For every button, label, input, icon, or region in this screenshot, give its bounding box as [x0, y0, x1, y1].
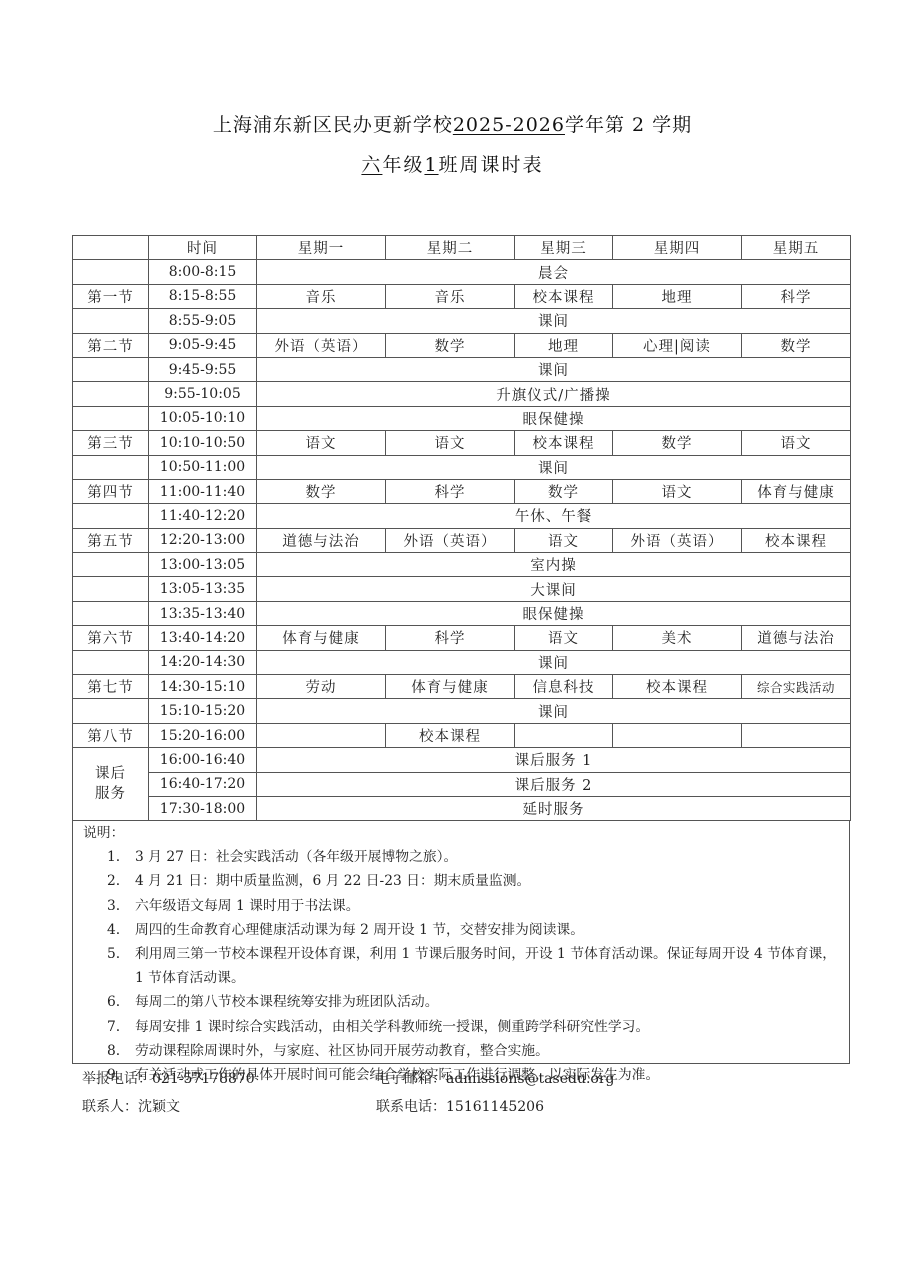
class-cell: 语文: [257, 431, 386, 455]
time-cell: 17:30-18:00: [149, 796, 257, 820]
grade-label: 年级: [382, 154, 424, 176]
period-cell: [73, 260, 149, 284]
class-cell: 校本课程: [386, 723, 515, 747]
note-item: 2.4 月 21 日：期中质量监测，6 月 22 日-23 日：期末质量监测。: [73, 869, 849, 893]
period-cell: 第二节: [73, 333, 149, 357]
period-cell: [73, 577, 149, 601]
after-school-label: 课后 服务: [73, 748, 149, 821]
class-cell: 数学: [386, 333, 515, 357]
note-number: 3.: [107, 894, 120, 918]
class-cell: 地理: [515, 333, 613, 357]
time-cell: 10:05-10:10: [149, 406, 257, 430]
period-cell: [73, 406, 149, 430]
note-text: 六年级语文每周 1 课时用于书法课。: [135, 898, 360, 914]
time-cell: 8:55-9:05: [149, 309, 257, 333]
class-cell: [515, 723, 613, 747]
period-cell: 第一节: [73, 284, 149, 308]
report-phone: 举报电话：021-57178870: [82, 1071, 255, 1087]
span-cell: 升旗仪式/广播操: [257, 382, 851, 406]
document-title: 上海浦东新区民办更新学校2025-2026学年第 2 学期: [0, 110, 905, 137]
class-cell: 体育与健康: [257, 626, 386, 650]
period-cell: 第三节: [73, 431, 149, 455]
time-cell: 11:40-12:20: [149, 504, 257, 528]
class-cell: 地理: [613, 284, 742, 308]
column-header: [73, 236, 149, 260]
time-cell: 13:05-13:35: [149, 577, 257, 601]
class-cell: 数学: [257, 479, 386, 503]
period-cell: 第八节: [73, 723, 149, 747]
table-row: 10:50-11:00 课间: [73, 455, 851, 479]
class-cell: 体育与健康: [386, 675, 515, 699]
period-cell: [73, 455, 149, 479]
subtitle-suffix: 班周课时表: [439, 154, 544, 176]
time-cell: 13:40-14:20: [149, 626, 257, 650]
time-cell: 16:00-16:40: [149, 748, 257, 772]
time-cell: 16:40-17:20: [149, 772, 257, 796]
class-cell: 音乐: [257, 284, 386, 308]
period-cell: 第七节: [73, 675, 149, 699]
class-cell: 数学: [613, 431, 742, 455]
note-number: 6.: [107, 990, 120, 1014]
table-row: 17:30-18:00 延时服务: [73, 796, 851, 820]
class-cell: [742, 723, 851, 747]
table-header-row: 时间 星期一 星期二 星期三 星期四 星期五: [73, 236, 851, 260]
class-cell: 美术: [613, 626, 742, 650]
period-cell: 第六节: [73, 626, 149, 650]
span-cell: 大课间: [257, 577, 851, 601]
table-row: 10:05-10:10 眼保健操: [73, 406, 851, 430]
note-number: 8.: [107, 1039, 120, 1063]
table-row: 第七节 14:30-15:10 劳动 体育与健康 信息科技 校本课程 综合实践活…: [73, 675, 851, 699]
period-cell: [73, 504, 149, 528]
table-row: 8:55-9:05 课间: [73, 309, 851, 333]
note-text: 周四的生命教育心理健康活动课为每 2 周开设 1 节，交替安排为阅读课。: [135, 922, 584, 938]
class-cell: 音乐: [386, 284, 515, 308]
class-cell: 语文: [386, 431, 515, 455]
span-cell: 延时服务: [257, 796, 851, 820]
note-text: 4 月 21 日：期中质量监测，6 月 22 日-23 日：期末质量监测。: [135, 873, 530, 889]
period-cell: 第四节: [73, 479, 149, 503]
time-cell: 9:45-9:55: [149, 357, 257, 381]
table-row: 第二节 9:05-9:45 外语（英语） 数学 地理 心理|阅读 数学: [73, 333, 851, 357]
note-number: 4.: [107, 918, 120, 942]
column-header-thursday: 星期四: [613, 236, 742, 260]
document-subtitle: 六年级1班周课时表: [0, 150, 905, 177]
period-cell: [73, 699, 149, 723]
class-cell: [257, 723, 386, 747]
note-text: 劳动课程除周课时外，与家庭、社区协同开展劳动教育，整合实施。: [135, 1043, 549, 1059]
table-row: 第八节 15:20-16:00 校本课程: [73, 723, 851, 747]
time-cell: 13:35-13:40: [149, 601, 257, 625]
note-item: 5.利用周三第一节校本课程开设体育课，利用 1 节课后服务时间，开设 1 节体育…: [73, 942, 849, 990]
time-cell: 10:50-11:00: [149, 455, 257, 479]
period-cell: [73, 650, 149, 674]
column-header-friday: 星期五: [742, 236, 851, 260]
table-row: 16:40-17:20 课后服务 2: [73, 772, 851, 796]
class-cell: 数学: [742, 333, 851, 357]
note-item: 3.六年级语文每周 1 课时用于书法课。: [73, 894, 849, 918]
class-number: 1: [424, 154, 438, 176]
note-number: 5.: [107, 942, 120, 966]
column-header-monday: 星期一: [257, 236, 386, 260]
class-cell: 体育与健康: [742, 479, 851, 503]
span-cell: 课间: [257, 309, 851, 333]
time-cell: 12:20-13:00: [149, 528, 257, 552]
class-cell: 综合实践活动: [742, 675, 851, 699]
span-cell: 眼保健操: [257, 601, 851, 625]
table-row: 15:10-15:20 课间: [73, 699, 851, 723]
class-cell: 校本课程: [742, 528, 851, 552]
span-cell: 课间: [257, 357, 851, 381]
column-header-wednesday: 星期三: [515, 236, 613, 260]
table-row: 第六节 13:40-14:20 体育与健康 科学 语文 美术 道德与法治: [73, 626, 851, 650]
class-cell: 道德与法治: [257, 528, 386, 552]
class-cell: 语文: [515, 528, 613, 552]
table-row: 8:00-8:15 晨会: [73, 260, 851, 284]
time-cell: 8:00-8:15: [149, 260, 257, 284]
period-cell: [73, 553, 149, 577]
table-row: 第一节 8:15-8:55 音乐 音乐 校本课程 地理 科学: [73, 284, 851, 308]
semester: 学年第 2 学期: [565, 114, 692, 136]
span-cell: 晨会: [257, 260, 851, 284]
table-row: 第五节 12:20-13:00 道德与法治 外语（英语） 语文 外语（英语） 校…: [73, 528, 851, 552]
note-text: 3 月 27 日：社会实践活动（各年级开展博物之旅）。: [135, 849, 457, 865]
note-item: 1.3 月 27 日：社会实践活动（各年级开展博物之旅）。: [73, 845, 849, 869]
span-cell: 课间: [257, 455, 851, 479]
note-item: 7.每周安排 1 课时综合实践活动，由相关学科教师统一授课，侧重跨学科研究性学习…: [73, 1015, 849, 1039]
class-cell: 心理|阅读: [613, 333, 742, 357]
class-cell: [613, 723, 742, 747]
note-text: 利用周三第一节校本课程开设体育课，利用 1 节课后服务时间，开设 1 节体育活动…: [135, 946, 836, 986]
note-item: 6.每周二的第八节校本课程统筹安排为班团队活动。: [73, 990, 849, 1014]
table-row: 13:35-13:40 眼保健操: [73, 601, 851, 625]
class-cell: 道德与法治: [742, 626, 851, 650]
table-row: 13:05-13:35 大课间: [73, 577, 851, 601]
after-school-label-line2: 服务: [95, 786, 126, 802]
span-cell: 课后服务 1: [257, 748, 851, 772]
school-year: 2025-2026: [453, 114, 565, 136]
table-row: 第四节 11:00-11:40 数学 科学 数学 语文 体育与健康: [73, 479, 851, 503]
note-number: 7.: [107, 1015, 120, 1039]
time-cell: 15:20-16:00: [149, 723, 257, 747]
table-row: 9:45-9:55 课间: [73, 357, 851, 381]
period-cell: [73, 382, 149, 406]
note-item: 4.周四的生命教育心理健康活动课为每 2 周开设 1 节，交替安排为阅读课。: [73, 918, 849, 942]
time-cell: 9:55-10:05: [149, 382, 257, 406]
contact-person: 联系人：沈颖文: [82, 1099, 180, 1115]
time-cell: 11:00-11:40: [149, 479, 257, 503]
class-cell: 校本课程: [515, 431, 613, 455]
span-cell: 课间: [257, 650, 851, 674]
column-header-time: 时间: [149, 236, 257, 260]
contact-phone: 联系电话：15161145206: [376, 1096, 544, 1116]
period-cell: [73, 601, 149, 625]
notes-section: 说明： 1.3 月 27 日：社会实践活动（各年级开展博物之旅）。 2.4 月 …: [72, 821, 850, 1064]
time-cell: 13:00-13:05: [149, 553, 257, 577]
class-cell: 劳动: [257, 675, 386, 699]
note-text: 每周二的第八节校本课程统筹安排为班团队活动。: [135, 994, 439, 1010]
time-cell: 15:10-15:20: [149, 699, 257, 723]
span-cell: 午休、午餐: [257, 504, 851, 528]
footer-line-1: 举报电话：021-57178870 电子邮箱：admissions@tasedu…: [82, 1068, 255, 1088]
class-cell: 校本课程: [613, 675, 742, 699]
class-cell: 校本课程: [515, 284, 613, 308]
class-cell: 语文: [742, 431, 851, 455]
column-header-tuesday: 星期二: [386, 236, 515, 260]
school-name: 上海浦东新区民办更新学校: [213, 114, 453, 136]
table-row: 14:20-14:30 课间: [73, 650, 851, 674]
period-cell: [73, 357, 149, 381]
span-cell: 眼保健操: [257, 406, 851, 430]
grade: 六: [361, 154, 382, 176]
note-item: 8.劳动课程除周课时外，与家庭、社区协同开展劳动教育，整合实施。: [73, 1039, 849, 1063]
class-cell: 外语（英语）: [613, 528, 742, 552]
table-row: 13:00-13:05 室内操: [73, 553, 851, 577]
note-text: 每周安排 1 课时综合实践活动，由相关学科教师统一授课，侧重跨学科研究性学习。: [135, 1019, 649, 1035]
notes-label: 说明：: [73, 821, 849, 845]
time-cell: 8:15-8:55: [149, 284, 257, 308]
table-row: 课后 服务 16:00-16:40 课后服务 1: [73, 748, 851, 772]
period-cell: 第五节: [73, 528, 149, 552]
table-row: 9:55-10:05 升旗仪式/广播操: [73, 382, 851, 406]
note-number: 1.: [107, 845, 120, 869]
table-row: 11:40-12:20 午休、午餐: [73, 504, 851, 528]
contact-email: 电子邮箱：admissions@tasedu.org: [376, 1068, 615, 1088]
table-row: 第三节 10:10-10:50 语文 语文 校本课程 数学 语文: [73, 431, 851, 455]
class-cell: 信息科技: [515, 675, 613, 699]
span-cell: 课后服务 2: [257, 772, 851, 796]
note-number: 2.: [107, 869, 120, 893]
after-school-label-line1: 课后: [95, 766, 126, 782]
notes-list: 1.3 月 27 日：社会实践活动（各年级开展博物之旅）。 2.4 月 21 日…: [73, 845, 849, 1087]
span-cell: 室内操: [257, 553, 851, 577]
footer-line-2: 联系人：沈颖文 联系电话：15161145206: [82, 1096, 180, 1116]
period-cell: [73, 309, 149, 333]
span-cell: 课间: [257, 699, 851, 723]
class-cell: 外语（英语）: [257, 333, 386, 357]
class-cell: 科学: [386, 479, 515, 503]
time-cell: 14:30-15:10: [149, 675, 257, 699]
class-cell: 语文: [613, 479, 742, 503]
time-cell: 10:10-10:50: [149, 431, 257, 455]
class-cell: 科学: [742, 284, 851, 308]
class-cell: 外语（英语）: [386, 528, 515, 552]
schedule-table: 时间 星期一 星期二 星期三 星期四 星期五 8:00-8:15 晨会 第一节 …: [72, 235, 851, 821]
class-cell: 语文: [515, 626, 613, 650]
class-cell: 数学: [515, 479, 613, 503]
time-cell: 14:20-14:30: [149, 650, 257, 674]
class-cell: 科学: [386, 626, 515, 650]
time-cell: 9:05-9:45: [149, 333, 257, 357]
